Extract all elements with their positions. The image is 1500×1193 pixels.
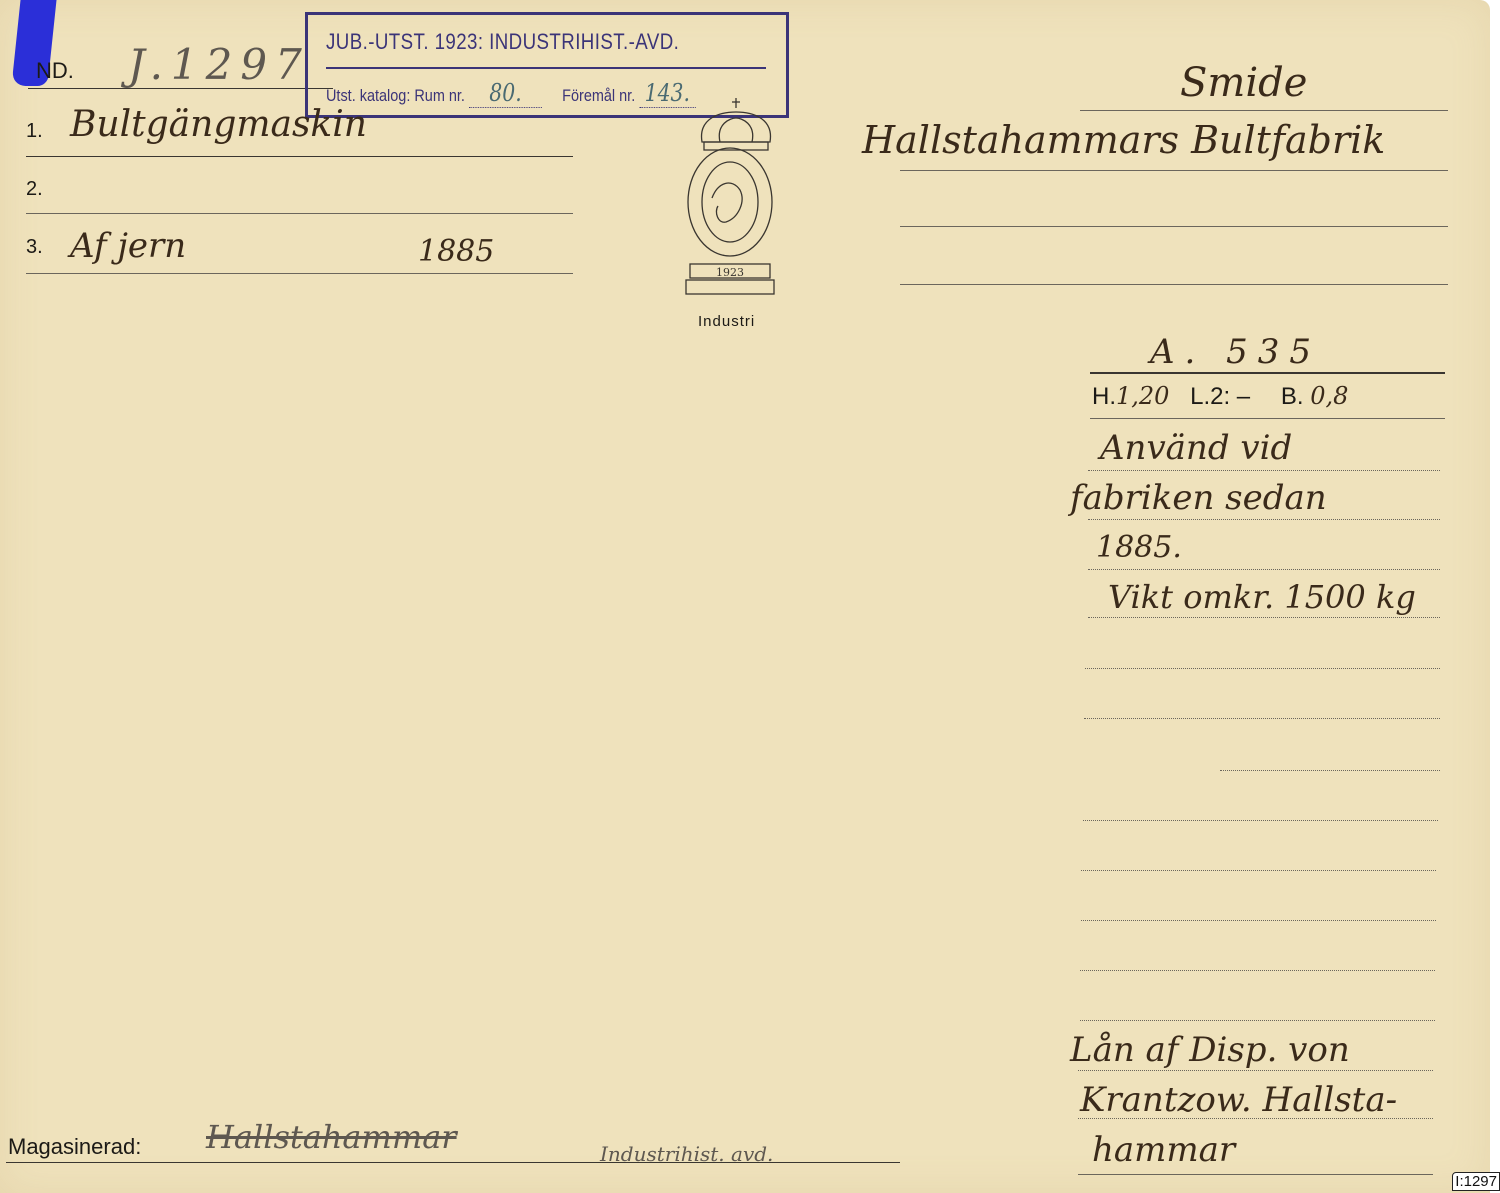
length-value: 2: – xyxy=(1210,383,1250,410)
field-3-value: Af jern xyxy=(70,226,186,266)
breadth-label: B. xyxy=(1281,383,1304,410)
blank-rule-1 xyxy=(900,226,1448,227)
blank-dotted-3 xyxy=(1220,770,1440,771)
field-1-number: 1. xyxy=(26,120,43,143)
stamp-divider xyxy=(326,67,766,69)
loan-line-3: hammar xyxy=(1092,1130,1235,1170)
shelf-rule xyxy=(1090,372,1445,374)
blank-dotted-5 xyxy=(1081,870,1436,871)
storage-label: Magasinerad: xyxy=(8,1134,141,1160)
loan-rule-2 xyxy=(1078,1118,1433,1119)
breadth-value: 0,8 xyxy=(1310,382,1348,410)
blank-dotted-8 xyxy=(1080,1020,1435,1021)
crown-crest-icon: 1923 xyxy=(680,98,780,298)
dimensions-row: H.1,20 L.2: – B. 0,8 xyxy=(1092,382,1348,411)
catalog-label: Utst. katalog: Rum nr. xyxy=(326,86,465,105)
category-rule xyxy=(1080,110,1448,111)
inventory-rule xyxy=(28,88,333,89)
height-label: H. xyxy=(1092,383,1116,410)
stamp-title: JUB.-UTST. 1923: INDUSTRIHIST.-AVD. xyxy=(326,29,679,55)
blank-dotted-4 xyxy=(1083,820,1438,821)
loan-rule-3 xyxy=(1078,1174,1433,1175)
svg-text:1923: 1923 xyxy=(716,266,744,279)
loan-rule-1 xyxy=(1078,1070,1433,1071)
note-rule-3 xyxy=(1088,569,1440,570)
stamp-catalog-line: Utst. katalog: Rum nr. 80. Föremål nr. 1… xyxy=(326,79,695,108)
loan-line-2: Krantzow. Hallsta- xyxy=(1080,1080,1397,1120)
blank-dotted-6 xyxy=(1081,920,1436,921)
blank-dotted-1 xyxy=(1085,668,1440,669)
note-line-4: Vikt omkr. 1500 kg xyxy=(1108,578,1416,616)
note-rule-1 xyxy=(1088,470,1440,471)
height-value: 1,20 xyxy=(1116,382,1169,410)
field-1-value: Bultgängmaskin xyxy=(70,104,367,145)
field-2-number: 2. xyxy=(26,178,43,201)
emblem-caption: Industri xyxy=(698,313,755,330)
field-2-rule xyxy=(26,213,573,214)
note-rule-2 xyxy=(1088,519,1440,520)
note-line-1: Använd vid xyxy=(1100,428,1292,468)
storage-struck-value: Hallstahammar xyxy=(206,1118,457,1156)
note-rule-4 xyxy=(1088,617,1440,618)
room-number: 80. xyxy=(489,79,521,107)
image-id-tag: I:1297 xyxy=(1452,1172,1500,1191)
field-3-rule xyxy=(26,273,573,274)
blank-dotted-2 xyxy=(1084,718,1440,719)
exhibition-emblem: 1923 xyxy=(680,98,780,298)
note-line-2: fabriken sedan xyxy=(1070,478,1327,518)
inventory-number: J.1297 xyxy=(128,40,310,89)
inventory-label: ND. xyxy=(36,58,74,84)
origin-value: Hallstahammars Bultfabrik xyxy=(862,118,1385,162)
dimensions-rule xyxy=(1090,418,1445,419)
category-value: Smide xyxy=(1180,60,1307,106)
loan-line-1: Lån af Disp. von xyxy=(1070,1030,1350,1070)
blank-dotted-7 xyxy=(1080,970,1435,971)
field-3-number: 3. xyxy=(26,236,43,259)
origin-rule xyxy=(900,170,1448,171)
blank-rule-2 xyxy=(900,284,1448,285)
length-label: L. xyxy=(1190,383,1210,410)
catalog-card: ND. J.1297 JUB.-UTST. 1923: INDUSTRIHIST… xyxy=(0,0,1490,1193)
field-1-rule xyxy=(26,156,573,157)
shelf-number: A. 535 xyxy=(1150,332,1321,372)
storage-rule xyxy=(6,1162,900,1163)
field-3-year: 1885 xyxy=(418,234,494,269)
object-label: Föremål nr. xyxy=(562,86,635,105)
note-line-3: 1885. xyxy=(1096,530,1182,565)
